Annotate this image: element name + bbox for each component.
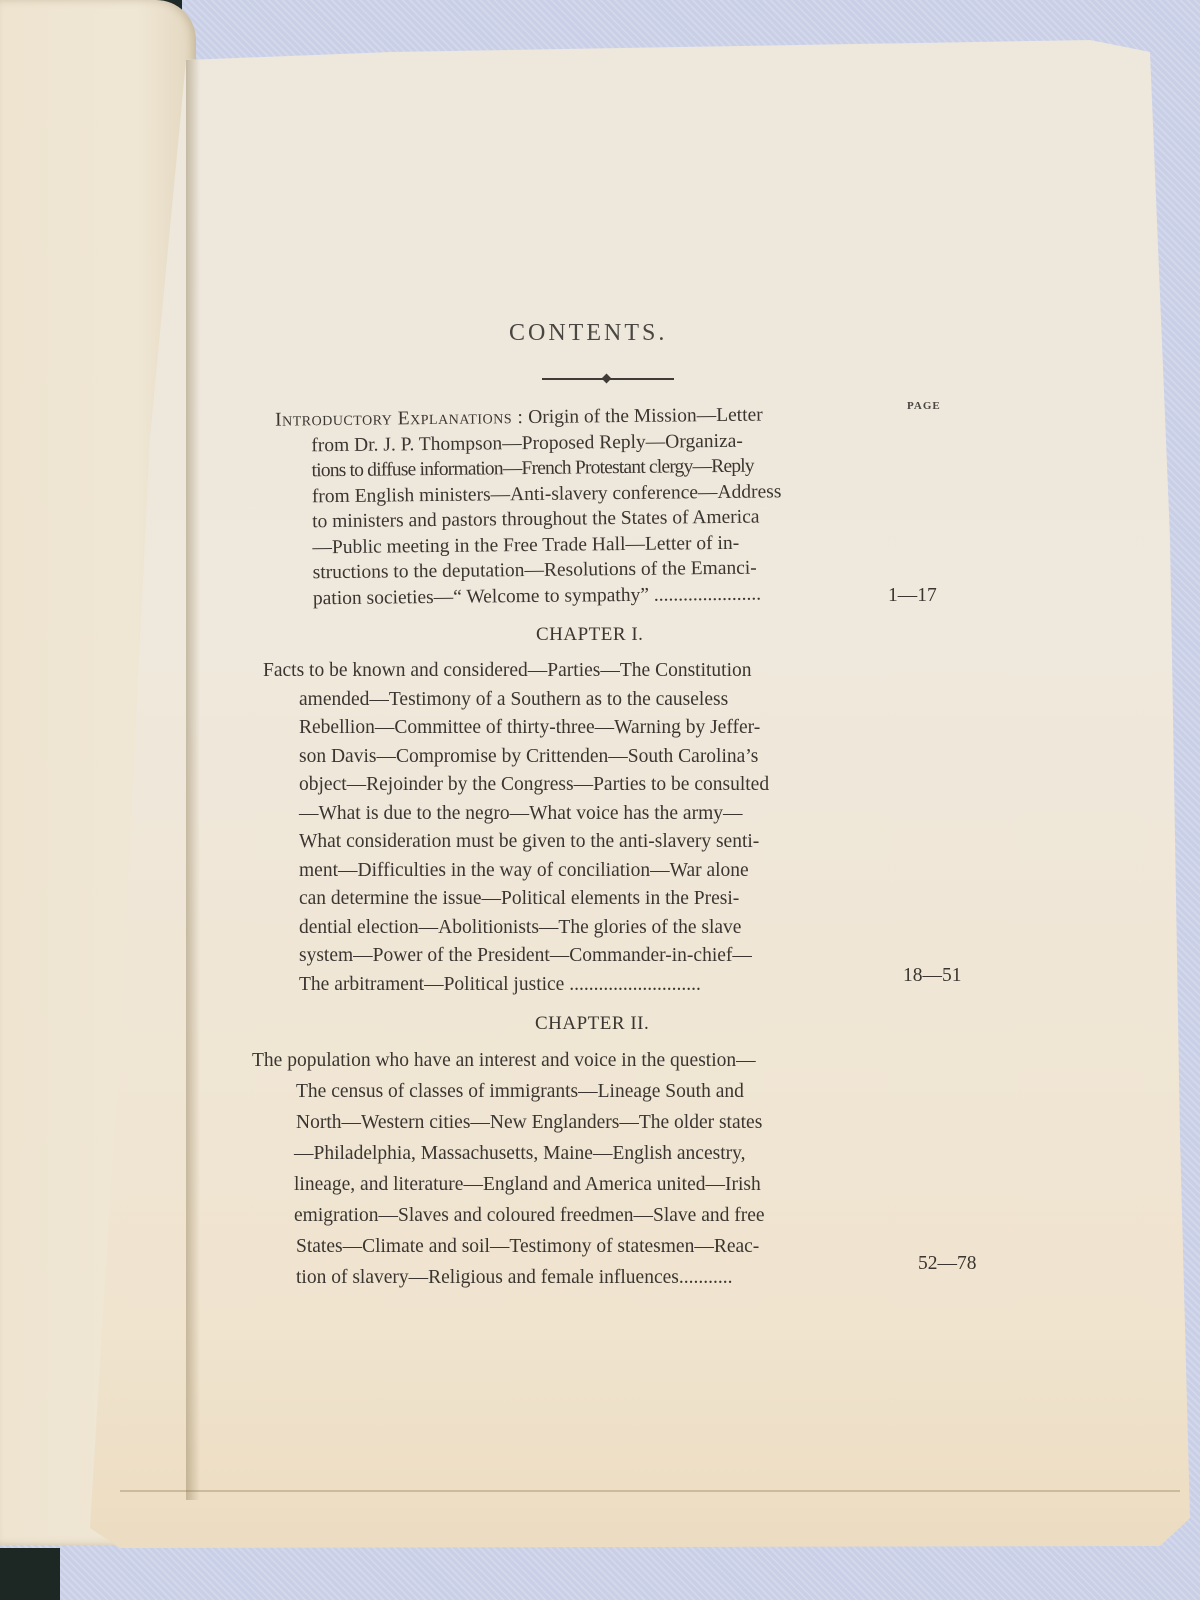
page-column-label: PAGE — [907, 400, 941, 412]
page-range: 52—78 — [918, 1253, 977, 1275]
page-title: CONTENTS. — [509, 320, 667, 347]
contents-page: CONTENTS. PAGE Introductory Explanations… — [0, 0, 1200, 1600]
toc-entry-chapter-1: Facts to be known and considered—Parties… — [263, 657, 769, 999]
ornament-rule-icon — [542, 375, 674, 383]
chapter-heading: CHAPTER II. — [535, 1013, 649, 1035]
toc-entry-introduction: Introductory Explanations : Origin of th… — [275, 402, 783, 611]
page-range: 18—51 — [903, 965, 962, 987]
page-range: 1—17 — [888, 585, 937, 607]
toc-entry-chapter-2: The population who have an interest and … — [252, 1045, 765, 1293]
chapter-heading: CHAPTER I. — [536, 624, 643, 646]
entry-lead: Introductory Explanations : — [275, 407, 523, 431]
